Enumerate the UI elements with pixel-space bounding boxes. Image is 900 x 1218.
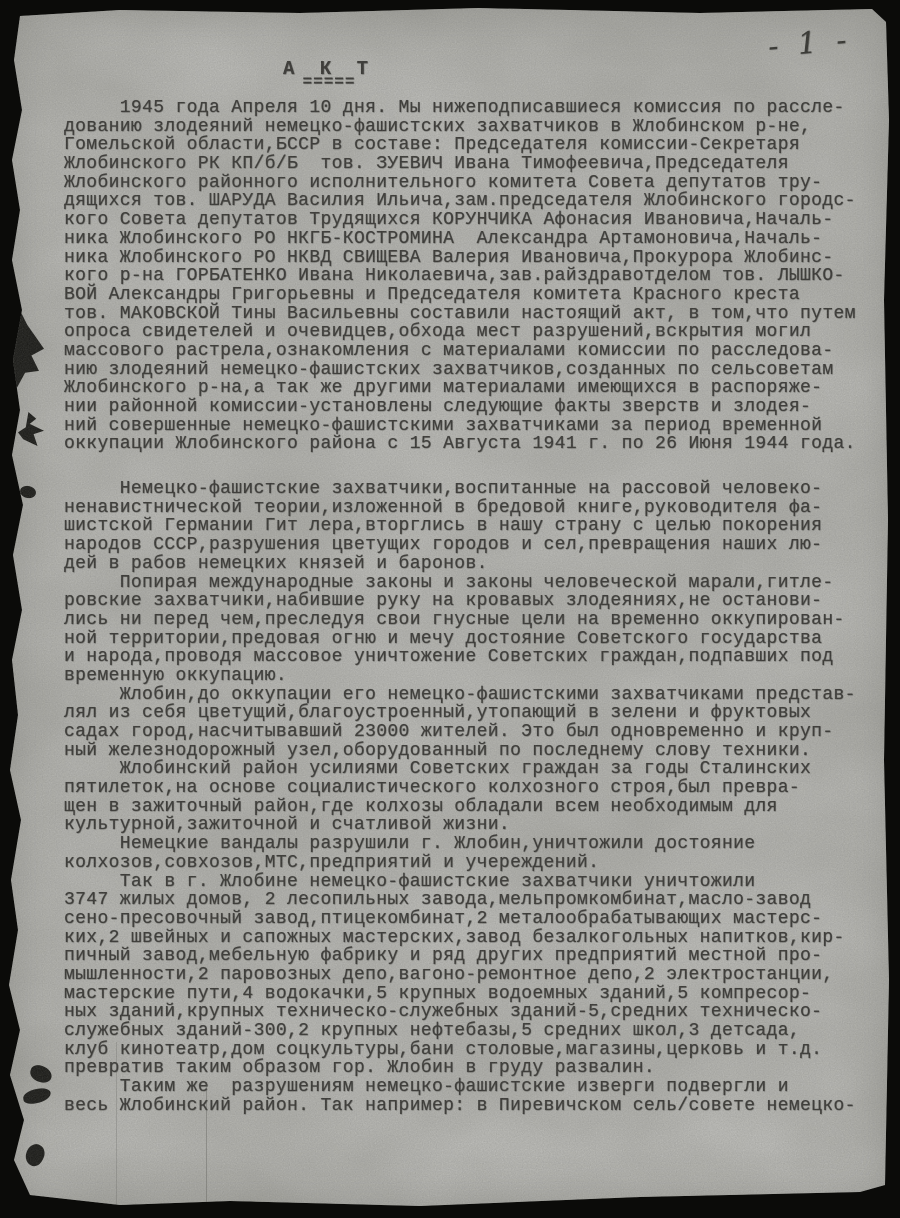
text-line: ника Жлобинского РО НКВД СВИЩЕВА Валерия… [64, 249, 888, 268]
paragraph: Таким же разрушениям немецко-фашистские … [64, 1078, 888, 1115]
text-line: лял из себя цветущий,благоустроенный,уто… [64, 704, 888, 723]
text-line: тов. МАКОВСКОЙ Тины Васильевны составили… [64, 305, 888, 324]
text-line: ровские захватчики,набившие руку на кров… [64, 592, 888, 611]
text-line: Таким же разрушениям немецко-фашистские … [64, 1078, 888, 1097]
text-line: 1945 года Апреля 10 дня. Мы нижеподписав… [64, 99, 888, 118]
text-line: временную оккупацию. [64, 667, 888, 686]
text-line: Немецкие вандалы разрушили г. Жлобин,уни… [64, 835, 888, 854]
text-line: клуб кинотеатр,дом соцкультуры,бани стол… [64, 1041, 888, 1060]
text-line: Жлобинский район усилиями Советских граж… [64, 760, 888, 779]
ink-speck [19, 484, 37, 499]
page-number: - 1 - [767, 22, 853, 64]
text-line: кого Совета депутатов Трудящихся КОРУНЧИ… [64, 211, 888, 230]
text-line: 3747 жилых домов, 2 лесопильных завода,м… [64, 891, 888, 910]
text-line: дей в рабов немецких князей и баронов. [64, 555, 888, 574]
text-line: колхозов,совхозов,МТС,предприятий и учер… [64, 854, 888, 873]
text-line: ной территории,предовая огню и мечу дост… [64, 630, 888, 649]
ink-mark [18, 412, 44, 446]
paragraph: Немецко-фашистские захватчики,воспитанны… [64, 480, 888, 573]
text-line: Жлобин,до оккупации его немецко-фашистск… [64, 686, 888, 705]
text-line: ника Жлобинского РО НКГБ-КОСТРОМИНА Алек… [64, 230, 888, 249]
title-block: А К Т ===== [64, 58, 594, 91]
document-body: 1945 года Апреля 10 дня. Мы нижеподписав… [64, 99, 888, 1115]
scanned-document-page: - 1 - А К Т ===== 1945 года Апреля 10 дн… [0, 0, 900, 1218]
paragraph: Жлобин,до оккупации его немецко-фашистск… [64, 686, 888, 761]
title-underline: ===== [64, 73, 594, 91]
text-line: Попирая международные законы и законы че… [64, 574, 888, 593]
text-line: массового растрела,ознакомления с матери… [64, 342, 888, 361]
text-line: культурной,зажиточной и счатливой жизни. [64, 816, 888, 835]
text-line: и народа,проводя массовое уничтожение Со… [64, 648, 888, 667]
text-line: пятилеток,на основе социалистического ко… [64, 779, 888, 798]
text-line: пичный завод,мебельную фабрику и ряд дру… [64, 947, 888, 966]
paper-sheet: - 1 - А К Т ===== 1945 года Апреля 10 дн… [0, 0, 900, 1218]
paragraph: Жлобинский район усилиями Советских граж… [64, 760, 888, 835]
text-line: щен в зажиточный район,где колхозы облад… [64, 798, 888, 817]
text-line: служебных зданий-300,2 крупных нефтебазы… [64, 1022, 888, 1041]
paragraph: Так в г. Жлобине немецко-фашистские захв… [64, 873, 888, 1079]
ink-speck [28, 1063, 54, 1085]
paper-crease [116, 1042, 117, 1218]
text-line: Гомельской области,БССР в составе: Предс… [64, 136, 888, 155]
text-line: опроса свидетелей и очевидцев,обхода мес… [64, 323, 888, 342]
text-line: оккупации Жлобинского района с 15 Август… [64, 435, 888, 454]
paragraph: 1945 года Апреля 10 дня. Мы нижеподписав… [64, 99, 888, 454]
text-line: шистской Германии Гит лера,вторглись в н… [64, 517, 888, 536]
text-line: дованию злодеяний немецко-фашистских зах… [64, 118, 888, 137]
text-line: ных зданий,крупных техническо-служебных … [64, 1003, 888, 1022]
text-line: Жлобинского РК КП/б/Б тов. ЗУЕВИЧ Ивана … [64, 155, 888, 174]
text-line: кого р-на ГОРБАТЕНКО Ивана Николаевича,з… [64, 267, 888, 286]
text-line: ненавистнической теории,изложенной в бре… [64, 499, 888, 518]
text-line: сено-пресовочный завод,птицекомбинат,2 м… [64, 910, 888, 929]
text-line: нию злодеяний немецко-фашистских захватч… [64, 361, 888, 380]
text-line: нии районной комиссии-установлены следую… [64, 398, 888, 417]
text-line: Немецко-фашистские захватчики,воспитанны… [64, 480, 888, 499]
text-line: ный железнодорожный узел,оборудованный п… [64, 742, 888, 761]
paragraph: Попирая международные законы и законы че… [64, 574, 888, 686]
text-line: ких,2 швейных и сапожных мастерских,заво… [64, 929, 888, 948]
text-line: ВОЙ Александры Григорьевны и Председател… [64, 286, 888, 305]
paragraph: Немецкие вандалы разрушили г. Жлобин,уни… [64, 835, 888, 872]
text-line: Жлобинского районного исполнительного ко… [64, 174, 888, 193]
ink-speck [22, 1087, 52, 1106]
text-line: мастерские пути,4 водокачки,5 крупных во… [64, 985, 888, 1004]
paper-crease [206, 1082, 207, 1218]
torn-edge-blob [2, 296, 44, 392]
text-line: народов СССР,разрушения цветущих городов… [64, 536, 888, 555]
text-line: дящихся тов. ШАРУДА Василия Ильича,зам.п… [64, 192, 888, 211]
text-line: садах город,насчитывавший 23000 жителей.… [64, 723, 888, 742]
text-line: мышленности,2 паровозных депо,вагоно-рем… [64, 966, 888, 985]
text-line: Так в г. Жлобине немецко-фашистские захв… [64, 873, 888, 892]
text-line: превратив таким образом гор. Жлобин в гр… [64, 1059, 888, 1078]
text-line: Жлобинского р-на,а так же другими матери… [64, 379, 888, 398]
text-line: весь Жлобинский район. Так например: в П… [64, 1097, 888, 1116]
text-line: ний совершенные немецко-фашистскими захв… [64, 417, 888, 436]
ink-speck [22, 1141, 49, 1169]
text-line: лись ни перед чем,преследуя свои гнусные… [64, 611, 888, 630]
